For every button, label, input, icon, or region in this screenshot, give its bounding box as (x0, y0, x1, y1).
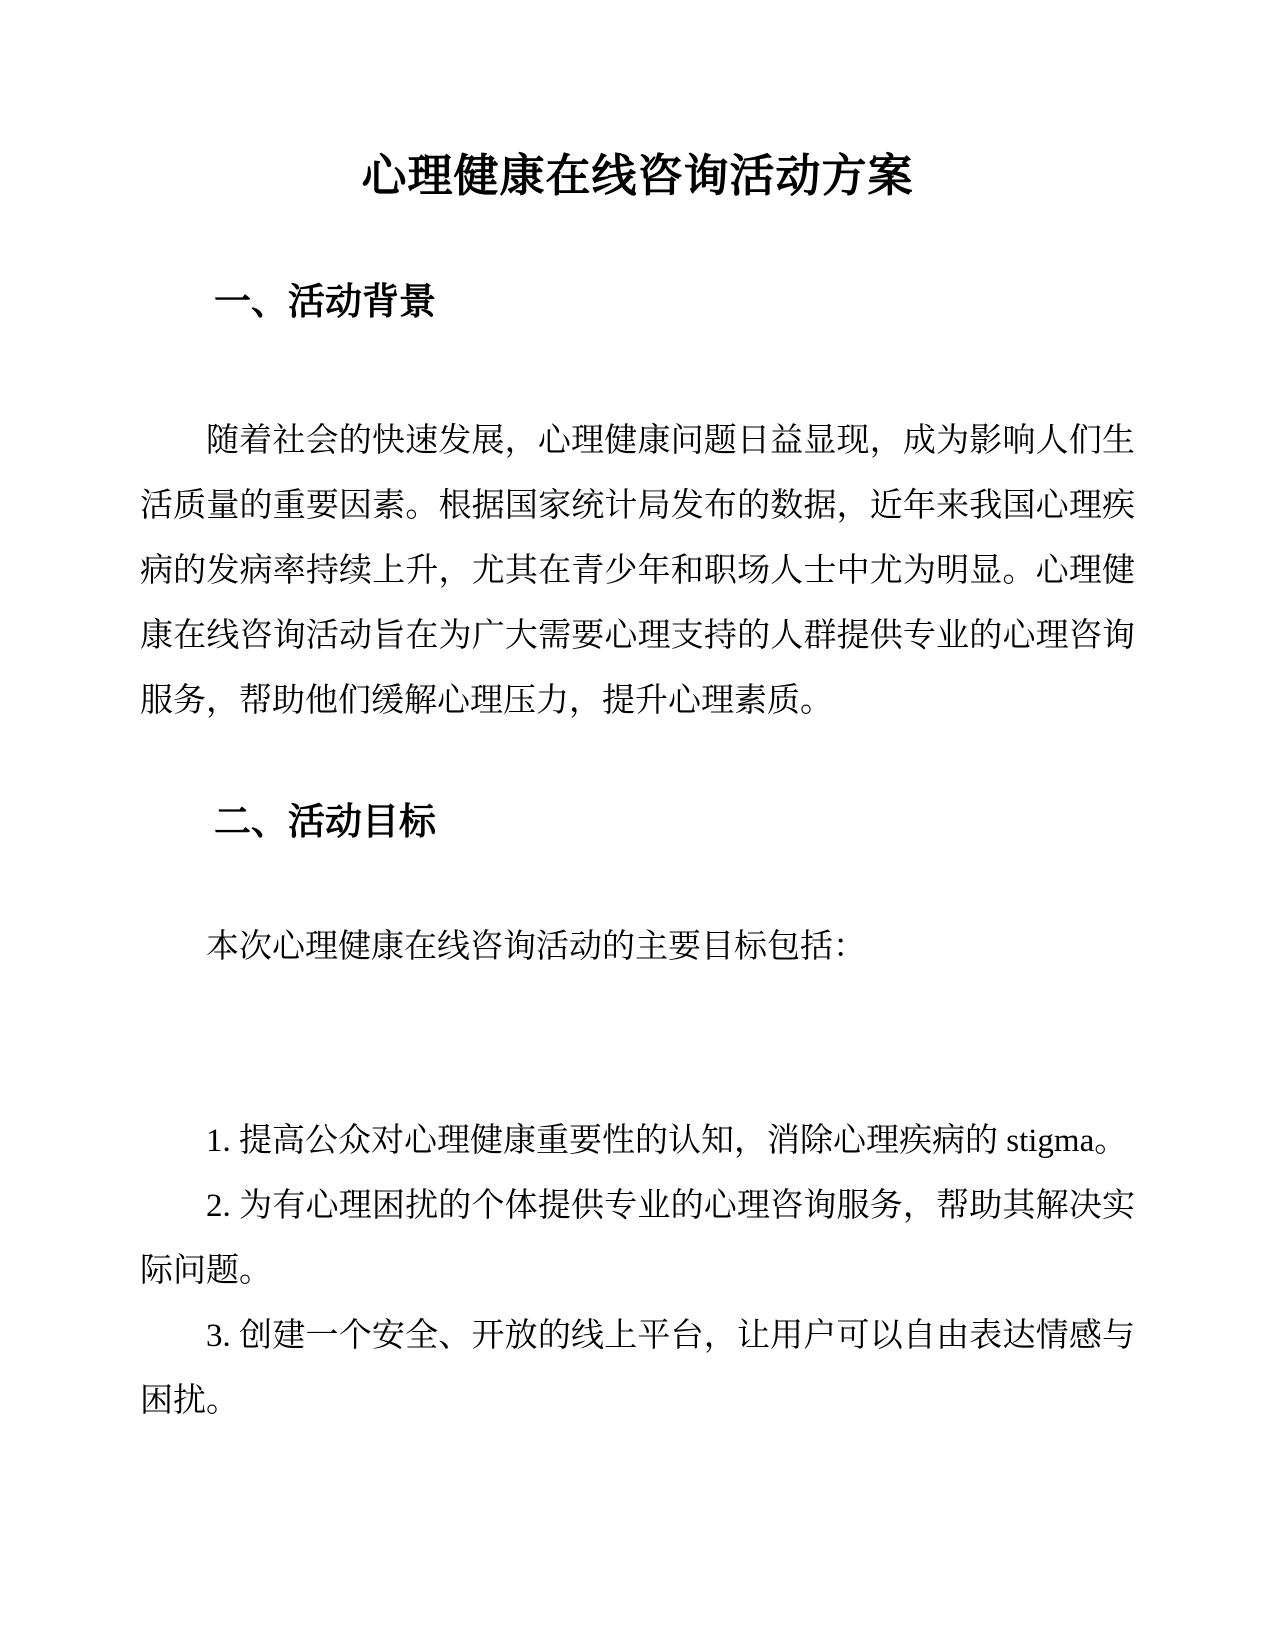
section-activity-background: 一、活动背景 随着社会的快速发展，心理健康问题日益显现，成为影响人们生活质量的重… (140, 280, 1135, 734)
paragraph-background: 随着社会的快速发展，心理健康问题日益显现，成为影响人们生活质量的重要因素。根据国… (140, 409, 1135, 734)
document-content: 心理健康在线咨询活动方案 一、活动背景 随着社会的快速发展，心理健康问题日益显现… (0, 148, 1275, 1434)
section-heading-background: 一、活动背景 (140, 280, 1135, 324)
document-page: 心理健康在线咨询活动方案 一、活动背景 随着社会的快速发展，心理健康问题日益显现… (0, 0, 1275, 1650)
paragraph-goals-intro: 本次心理健康在线咨询活动的主要目标包括： (140, 915, 1135, 980)
document-title: 心理健康在线咨询活动方案 (140, 148, 1135, 204)
paragraph-goal-item-2: 2. 为有心理困扰的个体提供专业的心理咨询服务，帮助其解决实际问题。 (140, 1174, 1135, 1304)
paragraph-goal-item-1: 1. 提高公众对心理健康重要性的认知，消除心理疾病的 stigma。 (140, 1109, 1135, 1174)
section-heading-goals: 二、活动目标 (140, 800, 1135, 844)
section-activity-goals: 二、活动目标 本次心理健康在线咨询活动的主要目标包括： 1. 提高公众对心理健康… (140, 800, 1135, 1434)
paragraph-goal-item-3: 3. 创建一个安全、开放的线上平台，让用户可以自由表达情感与困扰。 (140, 1304, 1135, 1434)
